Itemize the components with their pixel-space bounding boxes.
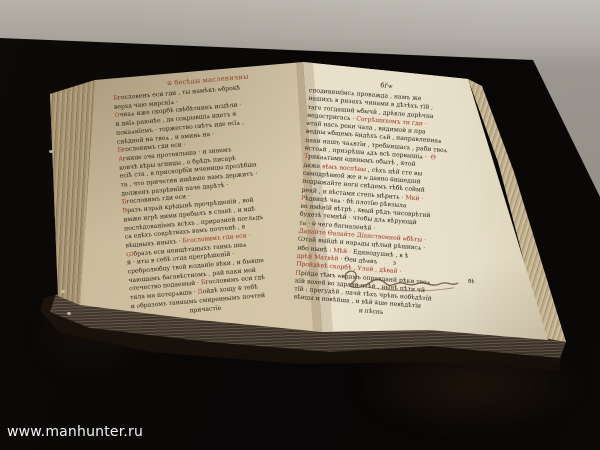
clasp-pin-icon: [61, 290, 65, 293]
quire-signature-mark: бѣ: [468, 279, 475, 285]
left-page-text: ѿ бесѣды масленичны Бгословенъ еси гди ,…: [112, 68, 323, 321]
left-page-lines: Бгословенъ еси гди , ты намѣкъ ѡброкѣвер…: [113, 79, 323, 321]
photo-scene: ѿ бесѣды масленичны Бгословенъ еси гди ,…: [0, 0, 600, 450]
clasp-pin-icon: [49, 150, 53, 153]
clasp-pin-icon: [67, 312, 71, 315]
watermark-url: www.manhunter.ru: [7, 424, 143, 440]
